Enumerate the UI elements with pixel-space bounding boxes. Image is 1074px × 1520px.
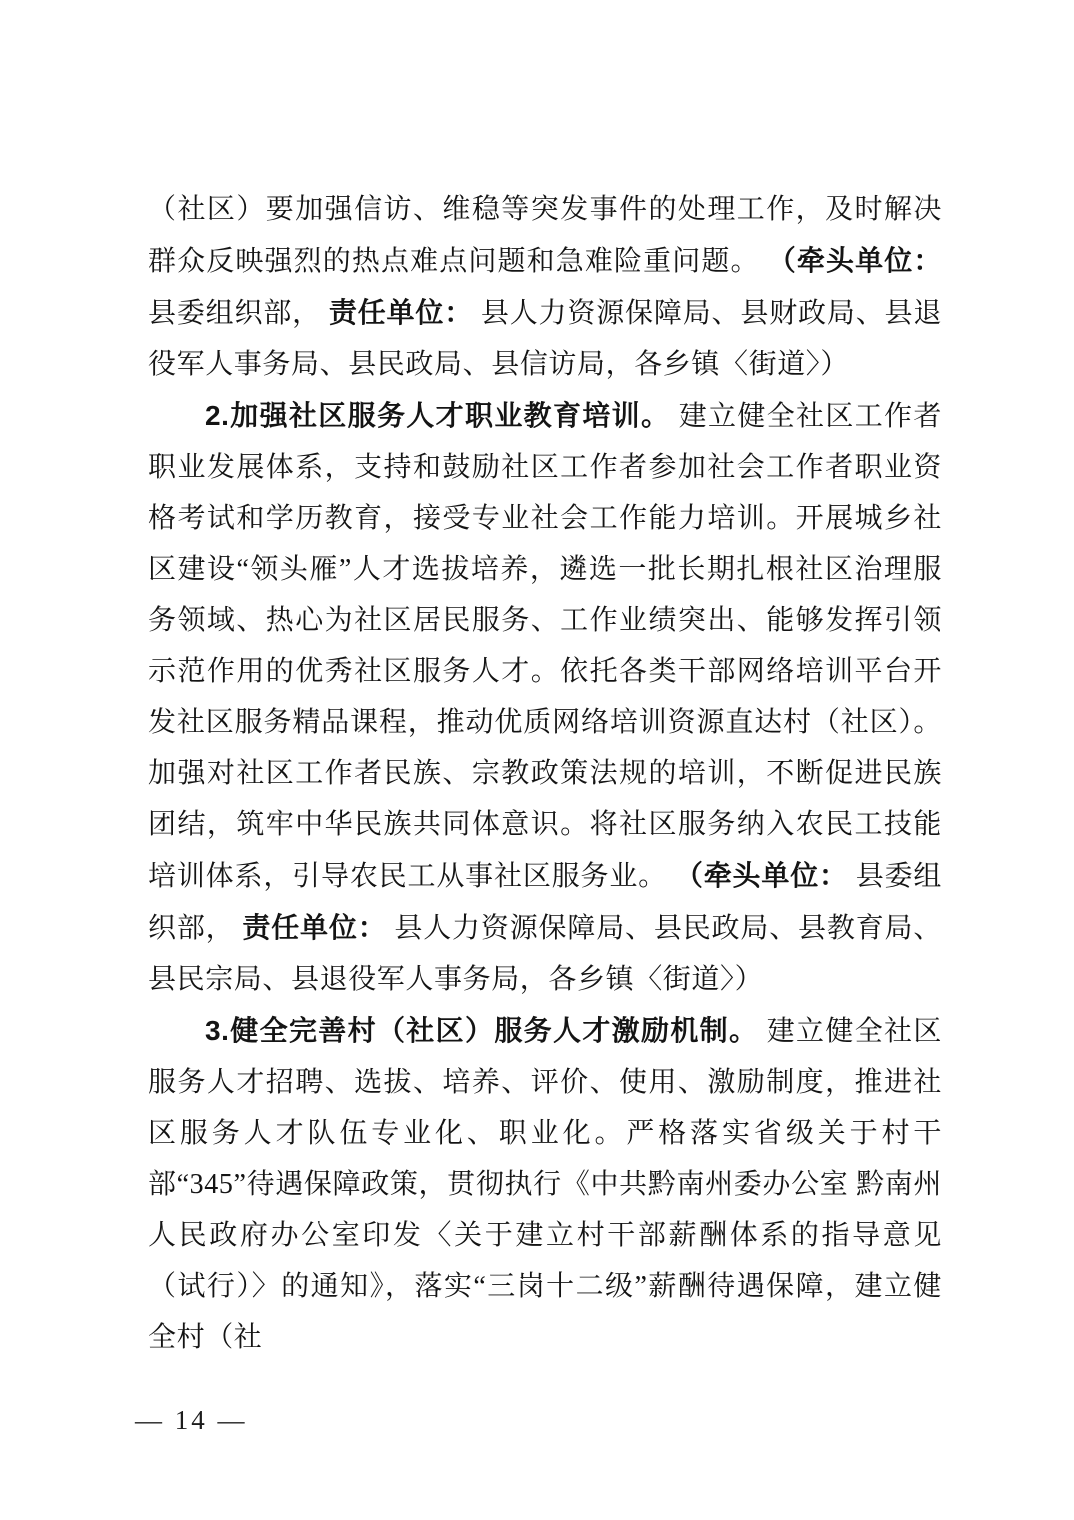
lead-unit-label: （牵头单位： (768, 245, 942, 276)
section-heading-2: 2.加强社区服务人才职业教育培训。 (205, 400, 670, 431)
document-page: （社区）要加强信访、维稳等突发事件的处理工作，及时解决群众反映强烈的热点难点问题… (0, 0, 1074, 1520)
paragraph-3: 3.健全完善村（社区）服务人才激励机制。 建立健全社区服务人才招聘、选拔、培养、… (148, 1005, 942, 1363)
paragraph-2: 2.加强社区服务人才职业教育培训。 建立健全社区工作者职业发展体系，支持和鼓励社… (148, 390, 942, 1005)
section-heading-3: 3.健全完善村（社区）服务人才激励机制。 (205, 1015, 758, 1046)
page-number: — 14 — (135, 1405, 248, 1436)
page-number-label: — 14 — (135, 1405, 248, 1435)
responsible-unit-label: 责任单位： (242, 912, 386, 943)
text-run: 建立健全社区工作者职业发展体系，支持和鼓励社区工作者参加社会工作者职业资格考试和… (148, 401, 942, 892)
text-run: 建立健全社区服务人才招聘、选拔、培养、评价、使用、激励制度，推进社区服务人才队伍… (148, 1016, 942, 1353)
text-run: 县委组织部， (148, 298, 321, 329)
document-body: （社区）要加强信访、维稳等突发事件的处理工作，及时解决群众反映强烈的热点难点问题… (148, 184, 942, 1363)
lead-unit-label: （牵头单位： (675, 860, 848, 891)
responsible-unit-label: 责任单位： (329, 297, 473, 328)
paragraph-1: （社区）要加强信访、维稳等突发事件的处理工作，及时解决群众反映强烈的热点难点问题… (148, 184, 942, 390)
